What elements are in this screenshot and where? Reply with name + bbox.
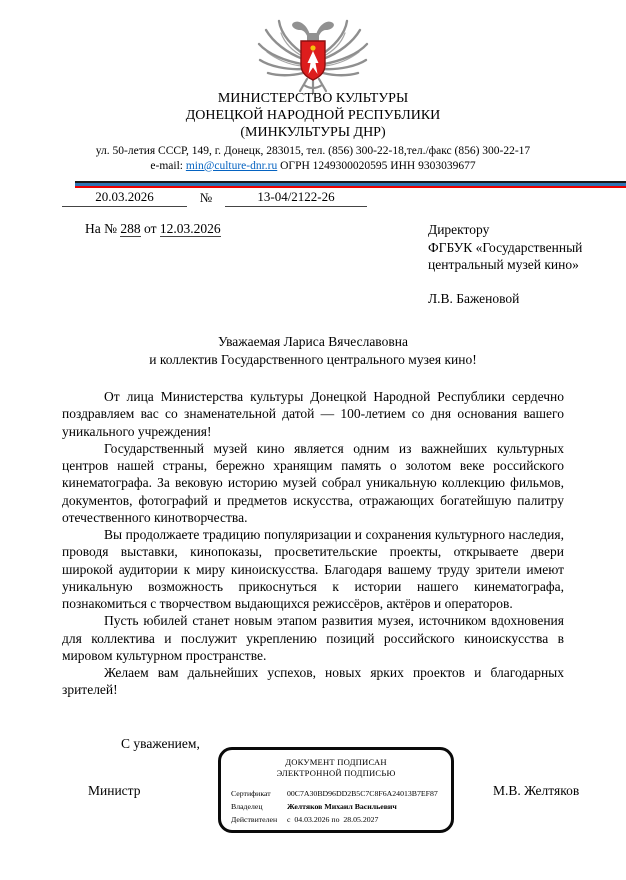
stamp-owner-value: Желтяков Михаил Васильевич xyxy=(287,800,397,813)
recipient-block: Директору ФГБУК «Государственный централ… xyxy=(428,221,582,307)
recipient-org-line1: ФГБУК «Государственный xyxy=(428,239,582,257)
outgoing-reference-row: 20.03.2026 № 13-04/2122-26 xyxy=(62,189,367,207)
body-paragraph: Желаем вам дальнейших успехов, новых ярк… xyxy=(62,664,564,699)
flag-stripe-red xyxy=(75,186,626,188)
ministry-name-line3: (МИНКУЛЬТУРЫ ДНР) xyxy=(0,124,626,141)
ministry-name-line1: МИНИСТЕРСТВО КУЛЬТУРЫ xyxy=(0,90,626,107)
letter-body: От лица Министерства культуры Донецкой Н… xyxy=(62,388,564,699)
reply-date: 12.03.2026 xyxy=(160,221,221,237)
closing-regards: С уважением, xyxy=(121,736,200,752)
recipient-org-line2: центральный музей кино» xyxy=(428,256,582,274)
ministry-contacts-line: e-mail: min@culture-dnr.ru ОГРН 12493000… xyxy=(0,159,626,174)
ministry-address: ул. 50-летия СССР, 149, г. Донецк, 28301… xyxy=(0,144,626,159)
email-label: e-mail: xyxy=(150,160,185,172)
body-paragraph: От лица Министерства культуры Донецкой Н… xyxy=(62,388,564,440)
stamp-cert-value: 00C7A30BD96DD2B5C7C8F6A24013B7EF87 xyxy=(287,787,438,800)
electronic-signature-stamp: ДОКУМЕНТ ПОДПИСАН ЭЛЕКТРОННОЙ ПОДПИСЬЮ С… xyxy=(218,747,454,833)
stamp-cert-label: Сертификат xyxy=(231,787,287,800)
outgoing-number: 13-04/2122-26 xyxy=(225,189,367,207)
body-paragraph: Вы продолжаете традицию популяризации и … xyxy=(62,526,564,612)
ogrn-inn-text: ОГРН 1249300020595 ИНН 9303039677 xyxy=(277,160,475,172)
ministry-name-line2: ДОНЕЦКОЙ НАРОДНОЙ РЕСПУБЛИКИ xyxy=(0,107,626,124)
body-paragraph: Пусть юбилей станет новым этапом развити… xyxy=(62,612,564,664)
salutation-line2: и коллектив Государственного центральног… xyxy=(0,351,626,369)
stamp-owner-label: Владелец xyxy=(231,800,287,813)
number-sign: № xyxy=(187,190,225,207)
stamp-valid-label: Действителен xyxy=(231,813,287,826)
outgoing-date: 20.03.2026 xyxy=(62,189,187,207)
letterhead: МИНИСТЕРСТВО КУЛЬТУРЫ ДОНЕЦКОЙ НАРОДНОЙ … xyxy=(0,0,626,173)
stamp-title-line1: ДОКУМЕНТ ПОДПИСАН xyxy=(231,757,441,768)
reply-prefix: На № xyxy=(85,221,120,236)
body-paragraph: Государственный музей кино является одни… xyxy=(62,440,564,526)
salutation-line1: Уважаемая Лариса Вячеславовна xyxy=(0,333,626,351)
signer-initials-name: М.В. Желтяков xyxy=(493,783,579,799)
stamp-valid-value: с 04.03.2026 по 28.05.2027 xyxy=(287,813,378,826)
email-link[interactable]: min@culture-dnr.ru xyxy=(186,160,277,172)
stamp-title-line2: ЭЛЕКТРОННОЙ ПОДПИСЬЮ xyxy=(231,768,441,779)
flag-divider xyxy=(75,181,626,188)
reply-reference: На № 288 от 12.03.2026 xyxy=(85,221,221,237)
signer-position: Министр xyxy=(88,783,140,799)
recipient-title: Директору xyxy=(428,221,582,239)
recipient-person: Л.В. Баженовой xyxy=(428,290,582,308)
reply-number: 288 xyxy=(120,221,140,237)
reply-middle: от xyxy=(141,221,160,236)
salutation: Уважаемая Лариса Вячеславовна и коллекти… xyxy=(0,333,626,368)
official-letter-page: МИНИСТЕРСТВО КУЛЬТУРЫ ДОНЕЦКОЙ НАРОДНОЙ … xyxy=(0,0,626,880)
coat-of-arms-icon xyxy=(0,0,626,88)
